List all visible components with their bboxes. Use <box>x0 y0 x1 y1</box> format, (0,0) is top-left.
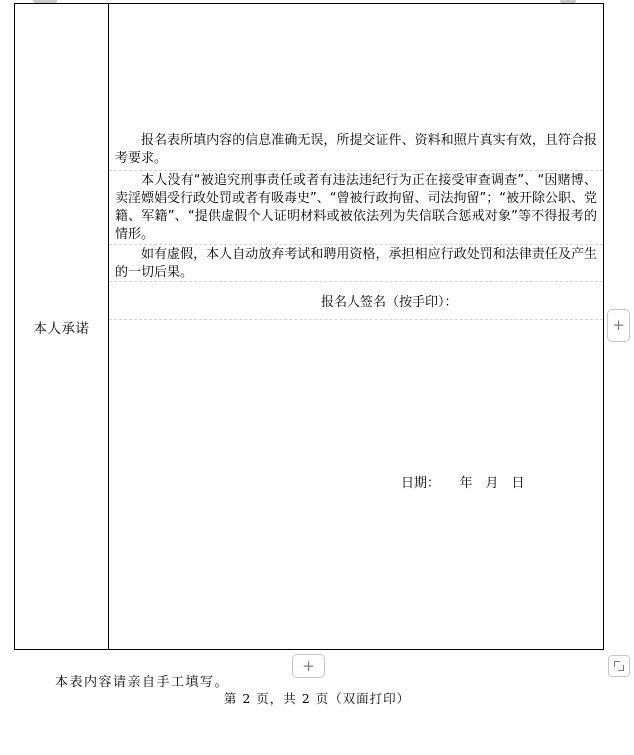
paragraph-no-violations: 本人没有“被追究刑事责任或者有违法违纪行为正在接受审查调查”、“因赌博、卖淫嫖娼… <box>109 171 603 245</box>
expand-table-button[interactable] <box>608 655 630 677</box>
add-row-button-right[interactable]: + <box>607 309 630 342</box>
add-row-button-bottom[interactable]: + <box>292 654 325 678</box>
handwriting-instruction: 本表内容请亲自手工填写。 <box>55 671 229 690</box>
signature-row: 报名人签名（按手印）： <box>109 282 603 320</box>
signature-label: 报名人签名（按手印）： <box>321 295 458 310</box>
commitment-table: 本人承诺 报名表所填内容的信息准确无误，所提交证件、资料和照片真实有效，且符合报… <box>14 3 604 650</box>
commitment-content-cell: 报名表所填内容的信息准确无误，所提交证件、资料和照片真实有效，且符合报考要求。 … <box>109 4 603 649</box>
plus-icon: + <box>612 318 625 333</box>
row-header-cell: 本人承诺 <box>15 4 109 649</box>
plus-icon: + <box>302 659 315 674</box>
paragraph-accuracy: 报名表所填内容的信息准确无误，所提交证件、资料和照片真实有效，且符合报考要求。 <box>109 128 603 171</box>
empty-row <box>109 4 603 128</box>
row-header-label: 本人承诺 <box>34 317 90 337</box>
page-number-footer: 第 2 页，共 2 页（双面打印） <box>0 689 634 707</box>
date-label: 日期： 年 月 日 <box>401 472 525 491</box>
expand-corners-icon <box>618 665 624 671</box>
date-row: 日期： 年 月 日 <box>109 320 603 649</box>
document-page: 本人承诺 报名表所填内容的信息准确无误，所提交证件、资料和照片真实有效，且符合报… <box>0 0 634 755</box>
paragraph-consequences: 如有虚假，本人自动放弃考试和聘用资格，承担相应行政处罚和法律责任及产生的一切后果… <box>109 245 603 282</box>
